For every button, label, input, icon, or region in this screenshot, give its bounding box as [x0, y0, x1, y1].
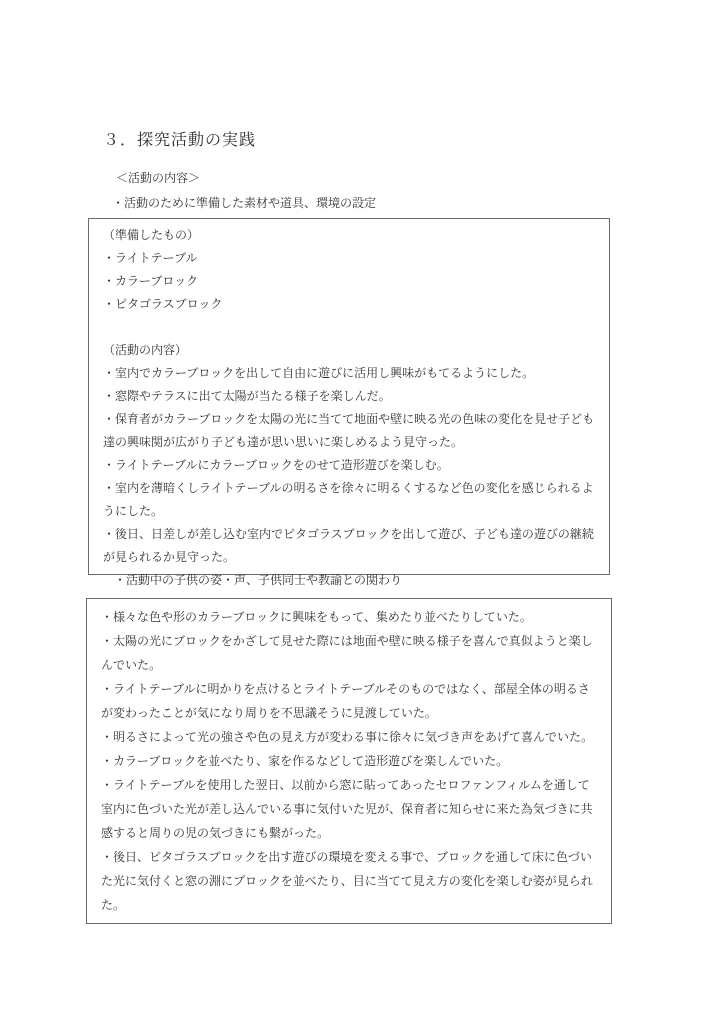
- prepared-items-label: （準備したもの）: [103, 224, 596, 247]
- observation-item: ・様々な色や形のカラーブロックに興味をもって、集めたり並べたりしていた。: [101, 605, 598, 629]
- activity-item: ・室内でカラーブロックを出して自由に遊びに活用し興味がもてるようにした。: [103, 362, 596, 385]
- prepared-item: ・ピタゴラスブロック: [103, 293, 596, 316]
- activity-content-label: （活動の内容）: [103, 339, 596, 362]
- observation-item: ・後日、ピタゴラスブロックを出す遊びの環境を変える事で、ブロックを通して床に色づ…: [101, 845, 598, 917]
- observation-item: ・ライトテーブルを使用した翌日、以前から窓に貼ってあったセロファンフィルムを通し…: [101, 773, 598, 845]
- observation-item: ・太陽の光にブロックをかざして見せた際には地面や壁に映る様子を喜んで真似ようと楽…: [101, 629, 598, 677]
- observation-item: ・明るさによって光の強さや色の見え方が変わる事に徐々に気づき声をあげて喜んでいた…: [101, 725, 598, 749]
- children-observation-heading: ・活動中の子供の姿・声、子供同士や教諭との関わり: [114, 572, 402, 589]
- activity-content-heading: ＜活動の内容＞: [116, 170, 200, 187]
- activity-item: ・ライトテーブルにカラーブロックをのせて造形遊びを楽しむ。: [103, 454, 596, 477]
- activity-item: ・保育者がカラーブロックを太陽の光に当てて地面や壁に映る光の色味の変化を見せ子ど…: [103, 408, 596, 454]
- prepared-item: ・カラーブロック: [103, 270, 596, 293]
- children-observation-box: ・様々な色や形のカラーブロックに興味をもって、集めたり並べたりしていた。 ・太陽…: [86, 598, 612, 924]
- page-title: ３．探究活動の実践: [103, 129, 256, 152]
- blank-line: [103, 316, 596, 339]
- preparation-activity-box: （準備したもの） ・ライトテーブル ・カラーブロック ・ピタゴラスブロック （活…: [88, 218, 610, 575]
- activity-item: ・室内を薄暗くしライトテーブルの明るさを徐々に明るくするなど色の変化を感じられる…: [103, 477, 596, 523]
- activity-preparation-subheading: ・活動のために準備した素材や道具、環境の設定: [112, 195, 376, 212]
- activity-item: ・後日、日差しが差し込む室内でピタゴラスブロックを出して遊び、子ども達の遊びの継…: [103, 523, 596, 569]
- observation-item: ・ライトテーブルに明かりを点けるとライトテーブルそのものではなく、部屋全体の明る…: [101, 677, 598, 725]
- activity-item: ・窓際やテラスに出て太陽が当たる様子を楽しんだ。: [103, 385, 596, 408]
- document-page: ３．探究活動の実践 ＜活動の内容＞ ・活動のために準備した素材や道具、環境の設定…: [0, 0, 724, 1024]
- observation-item: ・カラーブロックを並べたり、家を作るなどして造形遊びを楽しんでいた。: [101, 749, 598, 773]
- prepared-item: ・ライトテーブル: [103, 247, 596, 270]
